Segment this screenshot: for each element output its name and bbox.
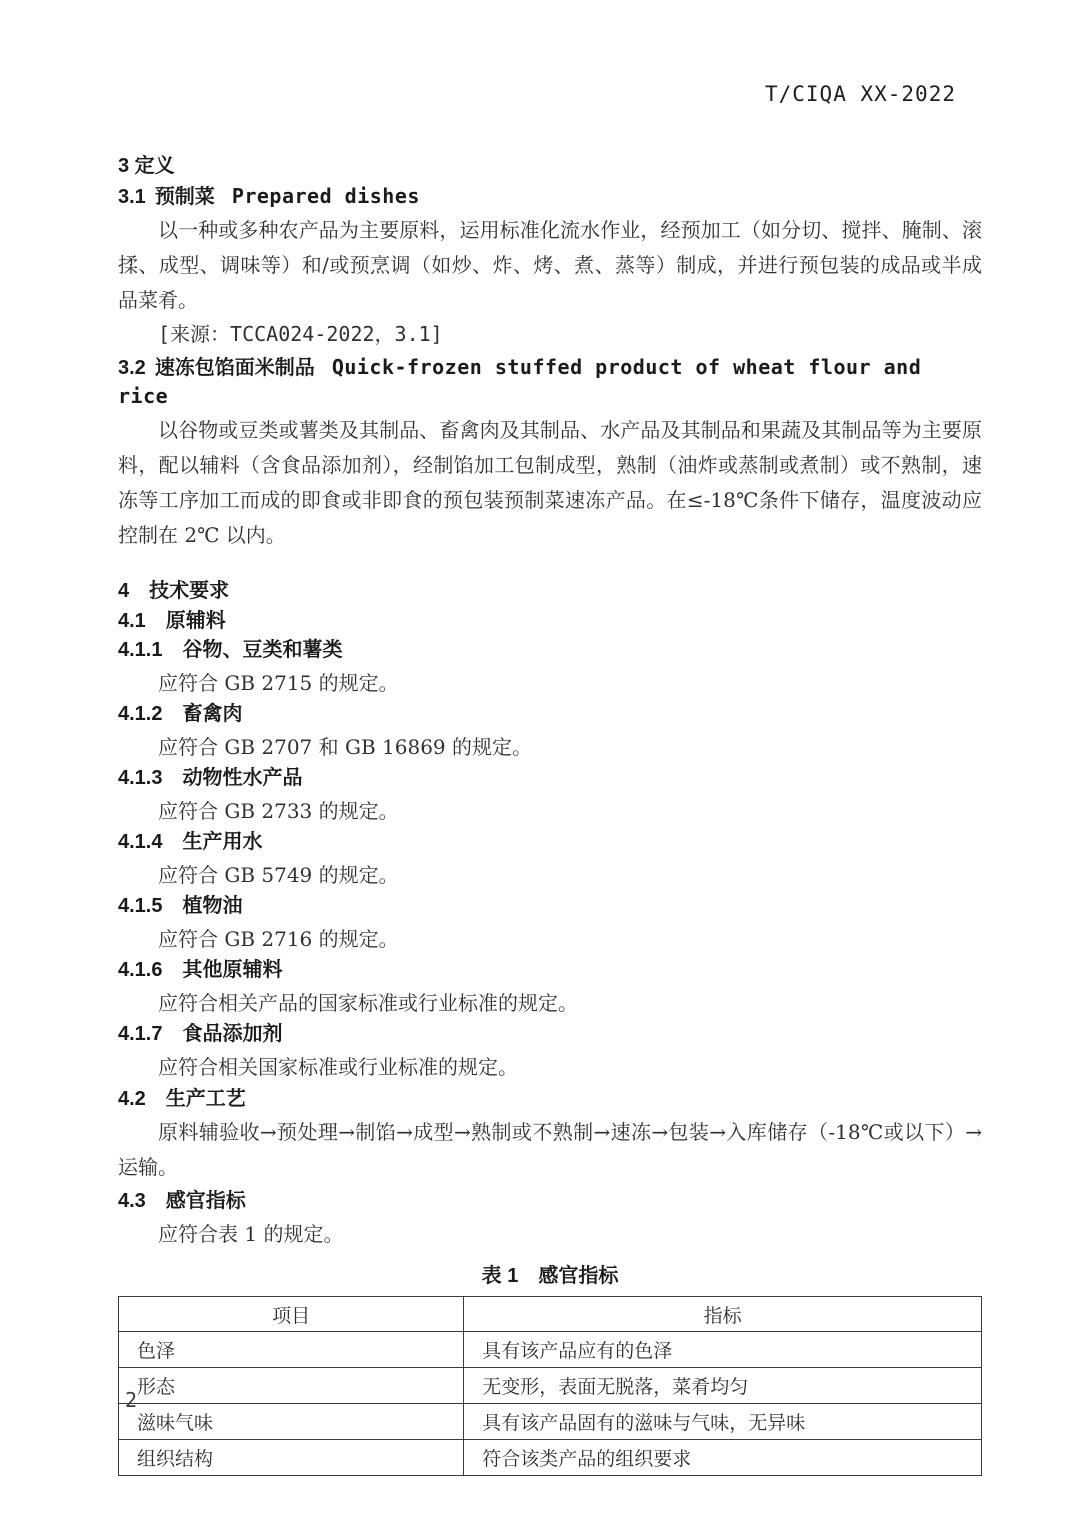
clause-4-3-body: 应符合表 1 的规定。 (118, 1217, 982, 1251)
clause-3-2-body: 以谷物或豆类或薯类及其制品、畜禽肉及其制品、水产品及其制品和果蔬及其制品等为主要… (118, 413, 982, 553)
clause-4-2-body: 原料辅验收→预处理→制馅→成型→熟制或不熟制→速冻→包装→入库储存（-18℃或以… (118, 1115, 982, 1185)
term-zh: 预制菜 (155, 186, 215, 208)
clause-4-1-7-heading: 4.1.7 食品添加剂 (118, 1021, 982, 1048)
table-cell-indicator: 具有该产品固有的滋味与气味，无异味 (464, 1404, 982, 1440)
table-row: 滋味气味 具有该产品固有的滋味与气味，无异味 (119, 1404, 982, 1440)
clause-4-1-1-heading: 4.1.1 谷物、豆类和薯类 (118, 637, 982, 664)
section-3-heading: 3 定义 (118, 152, 982, 180)
clause-4-1-5-heading: 4.1.5 植物油 (118, 893, 982, 920)
clause-3-2-heading: 3.2速冻包馅面米制品Quick-frozen stuffed product … (118, 353, 982, 411)
clause-4-1-4-heading: 4.1.4 生产用水 (118, 829, 982, 856)
clause-4-1-7-body: 应符合相关国家标准或行业标准的规定。 (118, 1050, 982, 1084)
table-cell-indicator: 无变形，表面无脱落，菜肴均匀 (464, 1368, 982, 1404)
clause-4-1-2-heading: 4.1.2 畜禽肉 (118, 701, 982, 728)
clause-4-1-3-body: 应符合 GB 2733 的规定。 (118, 794, 982, 828)
clause-4-2-heading: 4.2 生产工艺 (118, 1085, 982, 1113)
table-cell-item: 色泽 (119, 1332, 464, 1368)
table-row: 色泽 具有该产品应有的色泽 (119, 1332, 982, 1368)
clause-number: 3.2 (118, 357, 146, 379)
document-body: 3 定义 3.1预制菜Prepared dishes 以一种或多种农产品为主要原… (118, 152, 982, 1476)
clause-3-1-heading: 3.1预制菜Prepared dishes (118, 182, 982, 211)
table-col-header-indicator: 指标 (464, 1297, 982, 1332)
clause-4-1-1-body: 应符合 GB 2715 的规定。 (118, 666, 982, 700)
clause-4-1-6-body: 应符合相关产品的国家标准或行业标准的规定。 (118, 986, 982, 1020)
table-cell-item: 组织结构 (119, 1440, 464, 1476)
table-col-header-item: 项目 (119, 1297, 464, 1332)
term-en: Prepared dishes (232, 184, 420, 208)
table-header-row: 项目 指标 (119, 1297, 982, 1332)
clause-4-3-heading: 4.3 感官指标 (118, 1187, 982, 1215)
table-row: 组织结构 符合该类产品的组织要求 (119, 1440, 982, 1476)
term-zh: 速冻包馅面米制品 (155, 357, 315, 379)
clause-4-1-5-body: 应符合 GB 2716 的规定。 (118, 922, 982, 956)
page-number: 2 (125, 1388, 137, 1412)
section-4-heading: 4 技术要求 (118, 577, 982, 605)
document-page: T/CIQA XX-2022 3 定义 3.1预制菜Prepared dishe… (0, 0, 1080, 1527)
table-cell-item: 滋味气味 (119, 1404, 464, 1440)
clause-3-1-source: [来源：TCCA024-2022，3.1] (118, 320, 982, 349)
clause-4-1-2-body: 应符合 GB 2707 和 GB 16869 的规定。 (118, 730, 982, 764)
clause-number: 3.1 (118, 186, 146, 208)
sensory-indicators-table: 项目 指标 色泽 具有该产品应有的色泽 形态 无变形，表面无脱落，菜肴均匀 滋味… (118, 1296, 982, 1476)
table-row: 形态 无变形，表面无脱落，菜肴均匀 (119, 1368, 982, 1404)
clause-3-1-body: 以一种或多种农产品为主要原料，运用标准化流水作业，经预加工（如分切、搅拌、腌制、… (118, 213, 982, 318)
table-cell-indicator: 符合该类产品的组织要求 (464, 1440, 982, 1476)
clause-4-1-3-heading: 4.1.3 动物性水产品 (118, 765, 982, 792)
doc-code-header: T/CIQA XX-2022 (765, 82, 956, 106)
table-cell-item: 形态 (119, 1368, 464, 1404)
clause-4-1-6-heading: 4.1.6 其他原辅料 (118, 957, 982, 984)
clause-4-1-4-body: 应符合 GB 5749 的规定。 (118, 858, 982, 892)
table-cell-indicator: 具有该产品应有的色泽 (464, 1332, 982, 1368)
clause-4-1-heading: 4.1 原辅料 (118, 607, 982, 635)
table-1-caption: 表 1 感官指标 (118, 1259, 982, 1288)
